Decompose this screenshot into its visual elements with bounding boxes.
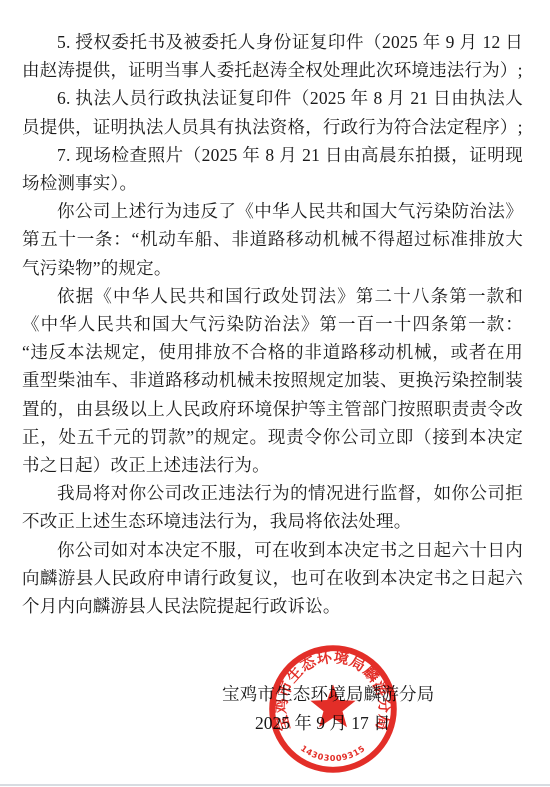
evidence-item-5: 5. 授权委托书及被委托人身份证复印件（2025 年 9 月 12 日由赵涛提供… — [22, 28, 523, 84]
decision-body: 5. 授权委托书及被委托人身份证复印件（2025 年 9 月 12 日由赵涛提供… — [22, 28, 523, 620]
viewport-bottom-border — [0, 784, 550, 786]
supervision-notice: 我局将对你公司改正违法行为的情况进行监督，如你公司拒不改正上述生态环境违法行为，… — [22, 479, 523, 535]
official-seal: 宝鸡市生态环境局麟游分局 6143030093152 — [269, 645, 397, 773]
violation-statement: 你公司上述行为违反了《中华人民共和国大气污染防治法》第五十一条：“机动车船、非道… — [22, 197, 523, 282]
evidence-item-7: 7. 现场检查照片（2025 年 8 月 21 日由高晨东拍摄，证明现场检测事实… — [22, 141, 523, 197]
legal-basis-and-order: 依据《中华人民共和国行政处罚法》第二十八条第一款和《中华人民共和国大气污染防治法… — [22, 282, 523, 479]
appeal-rights-notice: 你公司如对本决定不服，可在收到本决定书之日起六十日内向麟游县人民政府申请行政复议… — [22, 536, 523, 621]
evidence-item-6: 6. 执法人员行政执法证复印件（2025 年 8 月 21 日由执法人员提供，证… — [22, 84, 523, 140]
document-page: 5. 授权委托书及被委托人身份证复印件（2025 年 9 月 12 日由赵涛提供… — [0, 0, 550, 787]
seal-star-icon — [310, 684, 355, 727]
